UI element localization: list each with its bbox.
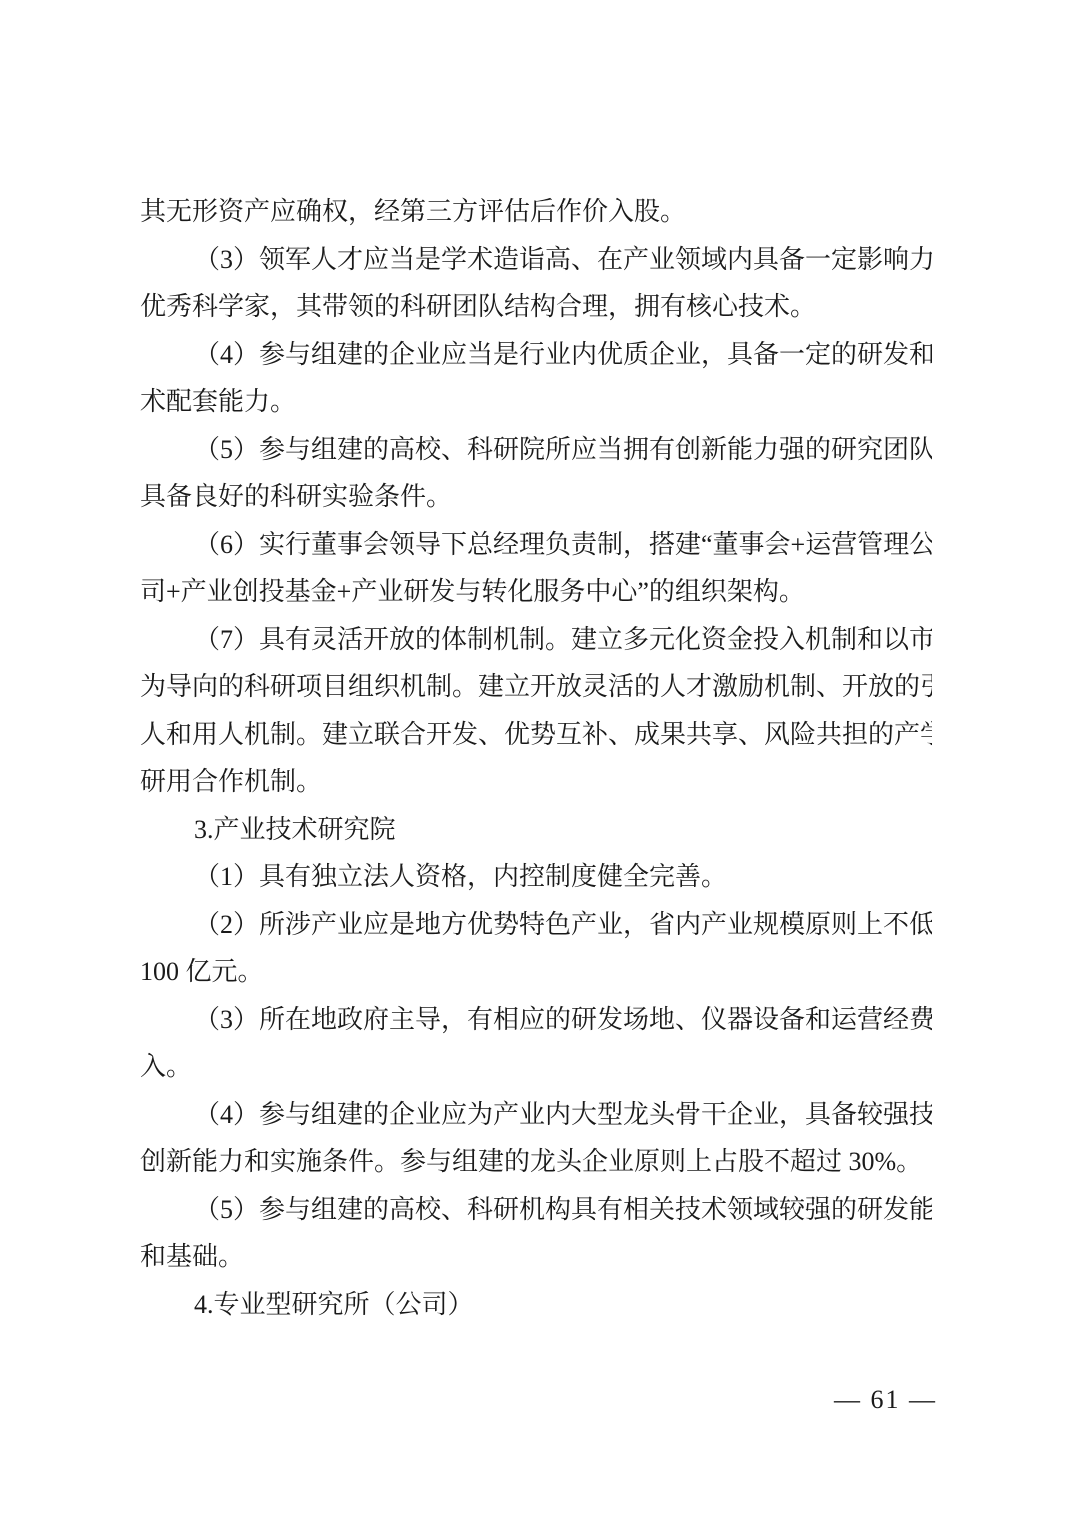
text-line: 创新能力和实施条件。参与组建的龙头企业原则上占股不超过 30%。 — [140, 1138, 932, 1186]
section-heading-line: 4.专业型研究所（公司） — [140, 1281, 932, 1329]
text-line: （6）实行董事会领导下总经理负责制，搭建“董事会+运营管理公 — [140, 521, 932, 569]
text-line: 术配套能力。 — [140, 378, 932, 426]
section-heading-line: 3.产业技术研究院 — [140, 806, 932, 854]
page-number: — 61 — — [834, 1381, 937, 1419]
text-line: 研用合作机制。 — [140, 758, 932, 806]
text-line: 100 亿元。 — [140, 948, 932, 996]
text-line: （2）所涉产业应是地方优势特色产业，省内产业规模原则上不低于 — [140, 901, 932, 949]
document-body: 其无形资产应确权，经第三方评估后作价入股。（3）领军人才应当是学术造诣高、在产业… — [140, 188, 932, 1328]
text-line: （7）具有灵活开放的体制机制。建立多元化资金投入机制和以市场 — [140, 616, 932, 664]
text-line: 具备良好的科研实验条件。 — [140, 473, 932, 521]
text-line: 司+产业创投基金+产业研发与转化服务中心”的组织架构。 — [140, 568, 932, 616]
text-line: 优秀科学家，其带领的科研团队结构合理，拥有核心技术。 — [140, 283, 932, 331]
text-line: （5）参与组建的高校、科研机构具有相关技术领域较强的研发能力 — [140, 1186, 932, 1234]
text-line: 人和用人机制。建立联合开发、优势互补、成果共享、风险共担的产学 — [140, 711, 932, 759]
text-line: （5）参与组建的高校、科研院所应当拥有创新能力强的研究团队， — [140, 426, 932, 474]
text-line: （4）参与组建的企业应为产业内大型龙头骨干企业，具备较强技术 — [140, 1091, 932, 1139]
text-line: （1）具有独立法人资格，内控制度健全完善。 — [140, 853, 932, 901]
text-line: 入。 — [140, 1043, 932, 1091]
text-line: （3）所在地政府主导，有相应的研发场地、仪器设备和运营经费投 — [140, 996, 932, 1044]
text-line: 和基础。 — [140, 1233, 932, 1281]
text-line: 其无形资产应确权，经第三方评估后作价入股。 — [140, 188, 932, 236]
text-line: 为导向的科研项目组织机制。建立开放灵活的人才激励机制、开放的引 — [140, 663, 932, 711]
text-line: （3）领军人才应当是学术造诣高、在产业领域内具备一定影响力的 — [140, 236, 932, 284]
text-line: （4）参与组建的企业应当是行业内优质企业，具备一定的研发和技 — [140, 331, 932, 379]
document-page: 其无形资产应确权，经第三方评估后作价入股。（3）领军人才应当是学术造诣高、在产业… — [0, 0, 1074, 1520]
